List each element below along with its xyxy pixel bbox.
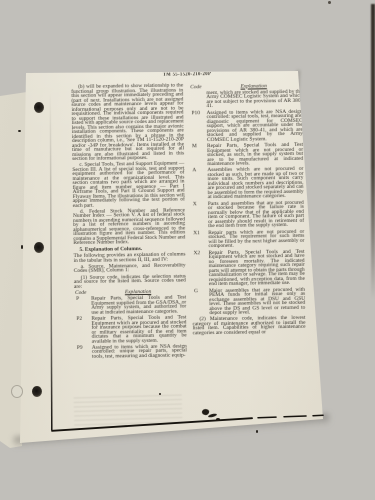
- binder-hole-bottom: [32, 386, 42, 397]
- photo-edge-dark-strip: [371, 4, 375, 299]
- binder-hole-top: [34, 102, 44, 113]
- ink-blot: [216, 418, 220, 421]
- under-sheet-hole-ring: [11, 385, 23, 398]
- photocopy-border-lines: [0, 0, 375, 500]
- binder-hole-middle: [34, 242, 44, 253]
- photo-of-document: TM 55-1520-210-20P (b) will be expanded …: [0, 0, 375, 500]
